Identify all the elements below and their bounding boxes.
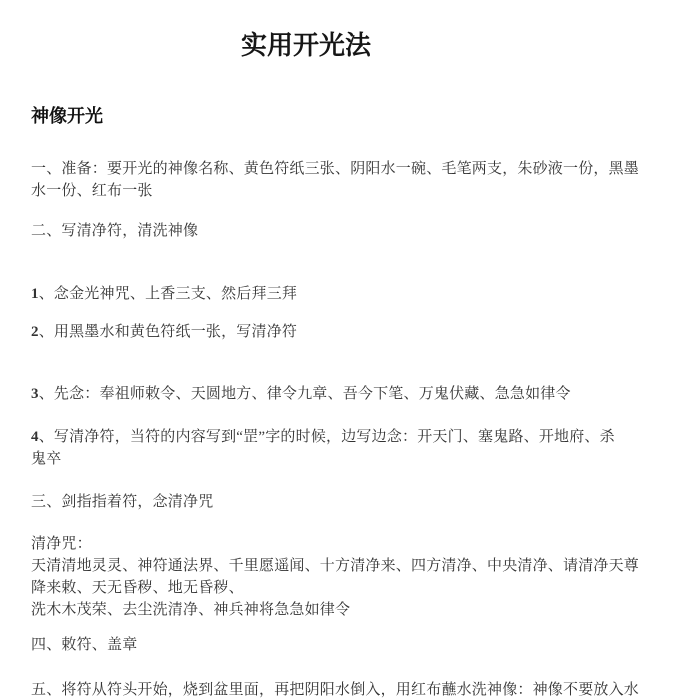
step-text: 、念金光神咒、上香三支、然后拜三拜 (39, 286, 297, 302)
para-purification-mantra: 清净咒： 天清清地灵灵、神符通法界、千里愿遥闻、十方清净来、四方清净、中央清净、… (31, 533, 658, 621)
step-number: 2 (31, 324, 39, 340)
para-prepare: 一、准备：要开光的神像名称、黄色符纸三张、阴阳水一碗、毛笔两支，朱砂液一份，黑墨… (31, 158, 658, 202)
section-heading: 神像开光 (31, 104, 658, 128)
step-number: 1 (31, 286, 39, 302)
para-burn-talisman: 五、将符从符头开始，烧到盆里面，再把阴阳水倒入，用红布蘸水洗神像：神像不要放入水 (31, 679, 658, 698)
numbered-step-4: 4、写清净符，当符的内容写到“罡”字的时候，边写边念：开天门、塞鬼路、开地府、杀… (31, 426, 658, 470)
para-sword-finger: 三、剑指指着符，念清净咒 (31, 491, 658, 513)
step-number: 3 (31, 386, 39, 402)
numbered-step-3: 3、先念：奉祖师敕令、天圆地方、律令九章、吾今下笔、万鬼伏藏、急急如律令 (31, 383, 658, 405)
document-title: 实用开光法 (31, 28, 581, 64)
step-number: 4 (31, 429, 39, 445)
step-text: 、写清净符，当符的内容写到“罡”字的时候，边写边念：开天门、塞鬼路、开地府、杀 … (31, 429, 615, 467)
numbered-step-2: 2、用黑墨水和黄色符纸一张，写清净符 (31, 321, 658, 343)
document-page: 实用开光法 神像开光 一、准备：要开光的神像名称、黄色符纸三张、阴阳水一碗、毛笔… (0, 0, 694, 698)
step-text: 、用黑墨水和黄色符纸一张，写清净符 (39, 324, 297, 340)
numbered-step-1: 1、念金光神咒、上香三支、然后拜三拜 (31, 283, 658, 305)
para-consecrate-stamp: 四、敕符、盖章 (31, 634, 658, 656)
step-text: 、先念：奉祖师敕令、天圆地方、律令九章、吾今下笔、万鬼伏藏、急急如律令 (39, 386, 571, 402)
para-write-talisman-wash: 二、写清净符，清洗神像 (31, 220, 658, 242)
